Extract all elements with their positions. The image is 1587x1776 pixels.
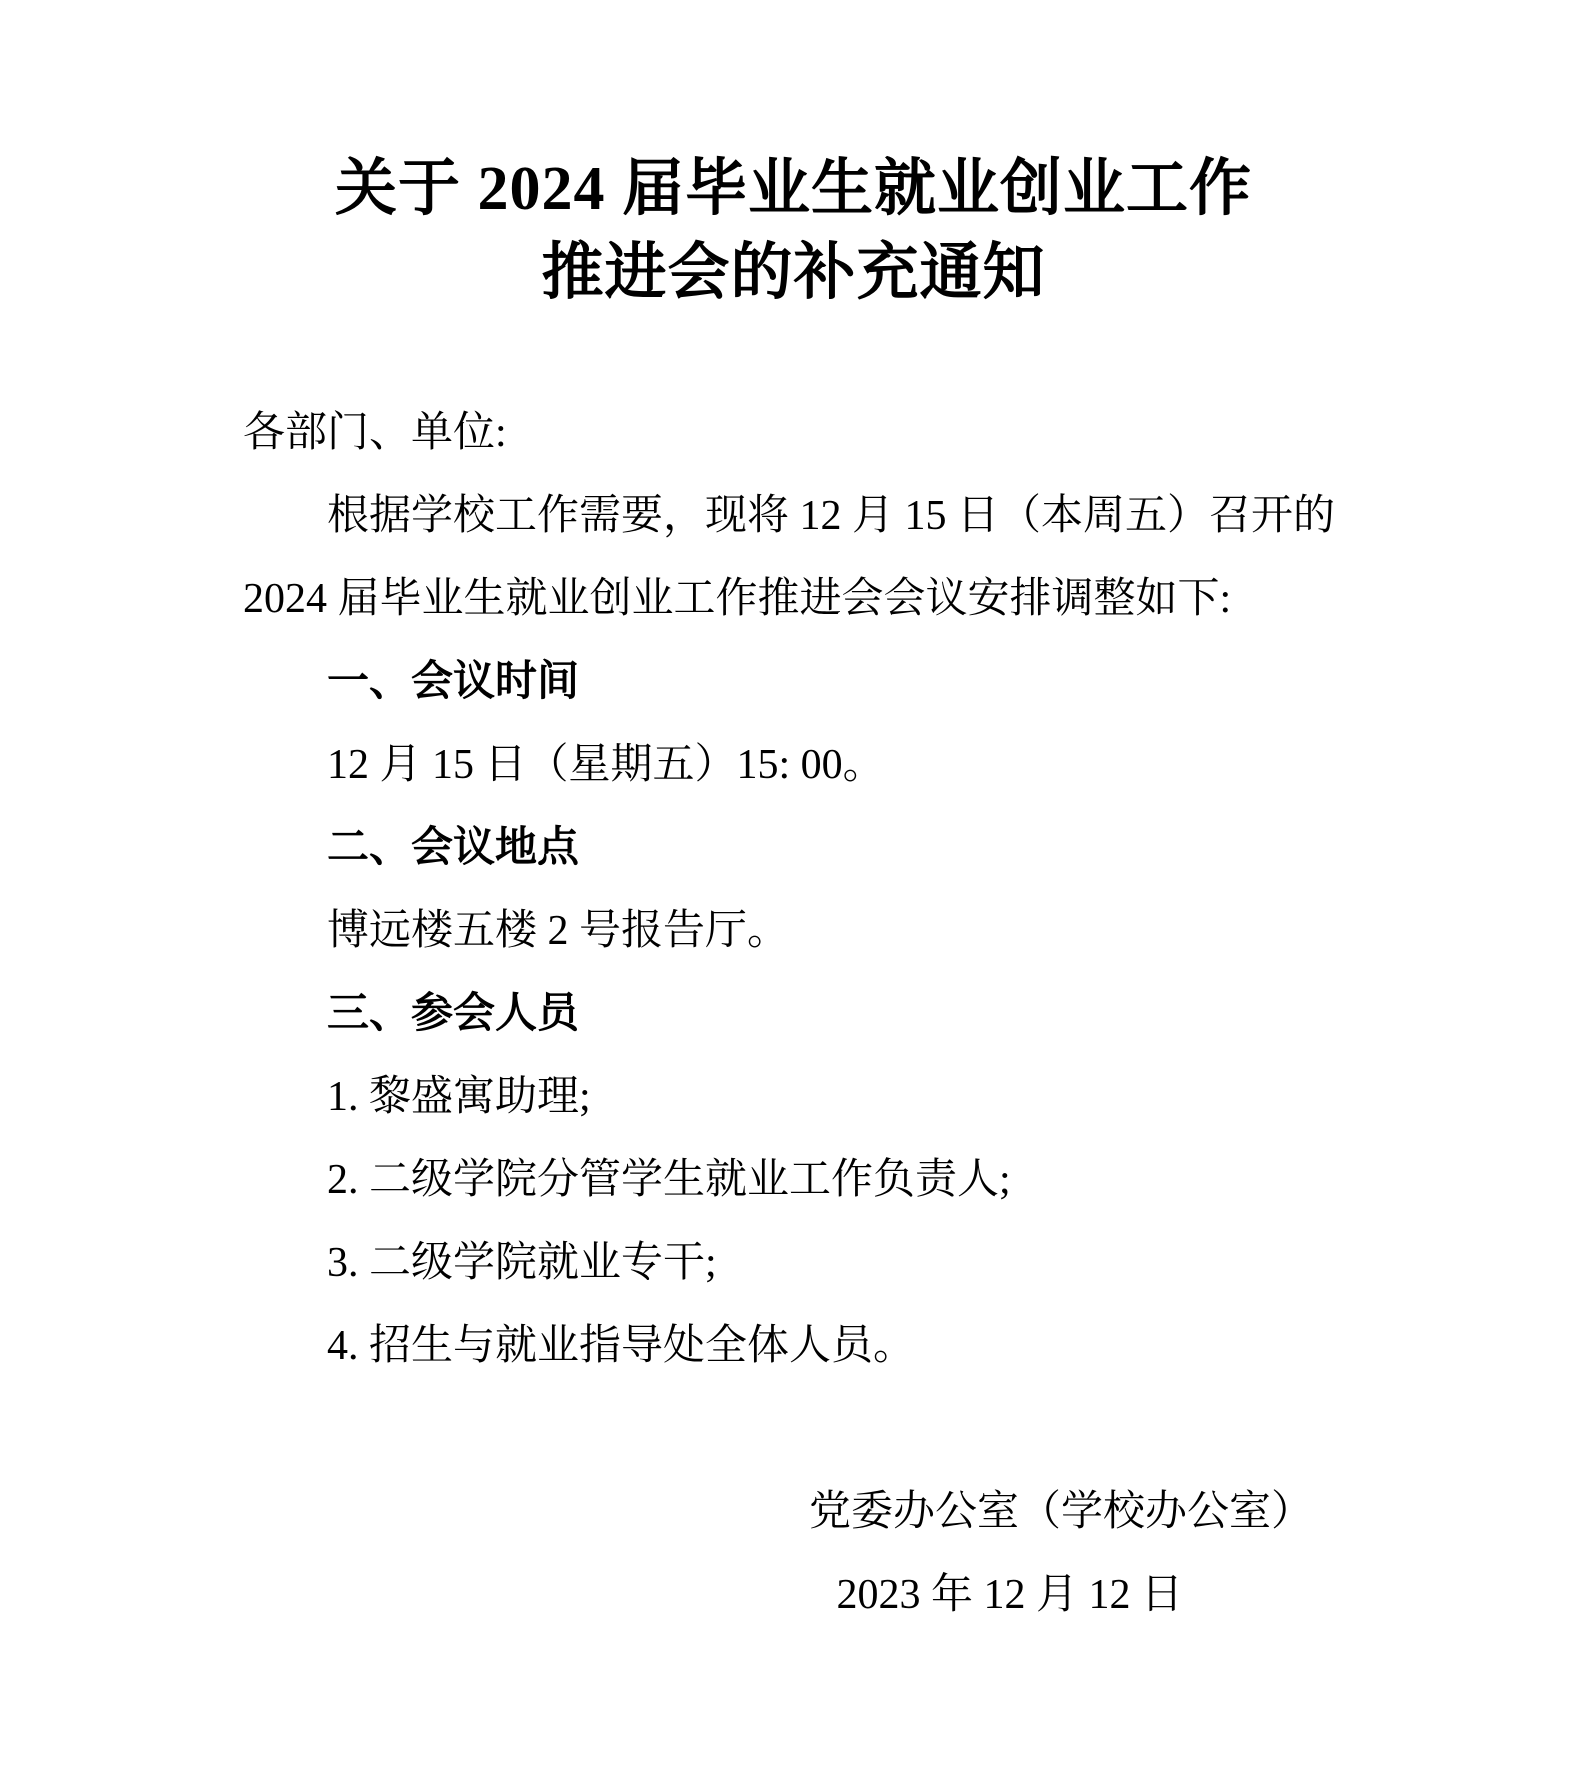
section-2-body: 博远楼五楼 2 号报告厅。 — [243, 890, 1383, 973]
section-2-heading: 二、会议地点 — [243, 807, 1383, 890]
intro-line-1: 根据学校工作需要，现将 12 月 15 日（本周五）召开的 — [243, 475, 1383, 558]
document-title: 关于 2024 届毕业生就业创业工作 推进会的补充通知 — [0, 147, 1587, 315]
document-body: 各部门、单位: 根据学校工作需要，现将 12 月 15 日（本周五）召开的 20… — [243, 392, 1383, 1637]
issuing-office-signature: 党委办公室（学校办公室） — [243, 1471, 1383, 1554]
section-1-heading: 一、会议时间 — [243, 641, 1383, 724]
attendee-item-1: 1. 黎盛寓助理; — [243, 1056, 1383, 1139]
document-title-line-2: 推进会的补充通知 — [0, 231, 1587, 315]
document-title-line-1: 关于 2024 届毕业生就业创业工作 — [0, 147, 1587, 231]
attendee-item-4: 4. 招生与就业指导处全体人员。 — [243, 1305, 1383, 1388]
attendee-item-3: 3. 二级学院就业专干; — [243, 1222, 1383, 1305]
intro-line-2: 2024 届毕业生就业创业工作推进会会议安排调整如下: — [243, 558, 1383, 641]
spacer — [243, 1388, 1383, 1471]
issue-date: 2023 年 12 月 12 日 — [243, 1554, 1383, 1637]
attendee-item-2: 2. 二级学院分管学生就业工作负责人; — [243, 1139, 1383, 1222]
notice-document-page: 关于 2024 届毕业生就业创业工作 推进会的补充通知 各部门、单位: 根据学校… — [0, 0, 1587, 1776]
section-3-heading: 三、参会人员 — [243, 973, 1383, 1056]
salutation: 各部门、单位: — [243, 392, 1383, 475]
section-1-body: 12 月 15 日（星期五）15: 00。 — [243, 724, 1383, 807]
